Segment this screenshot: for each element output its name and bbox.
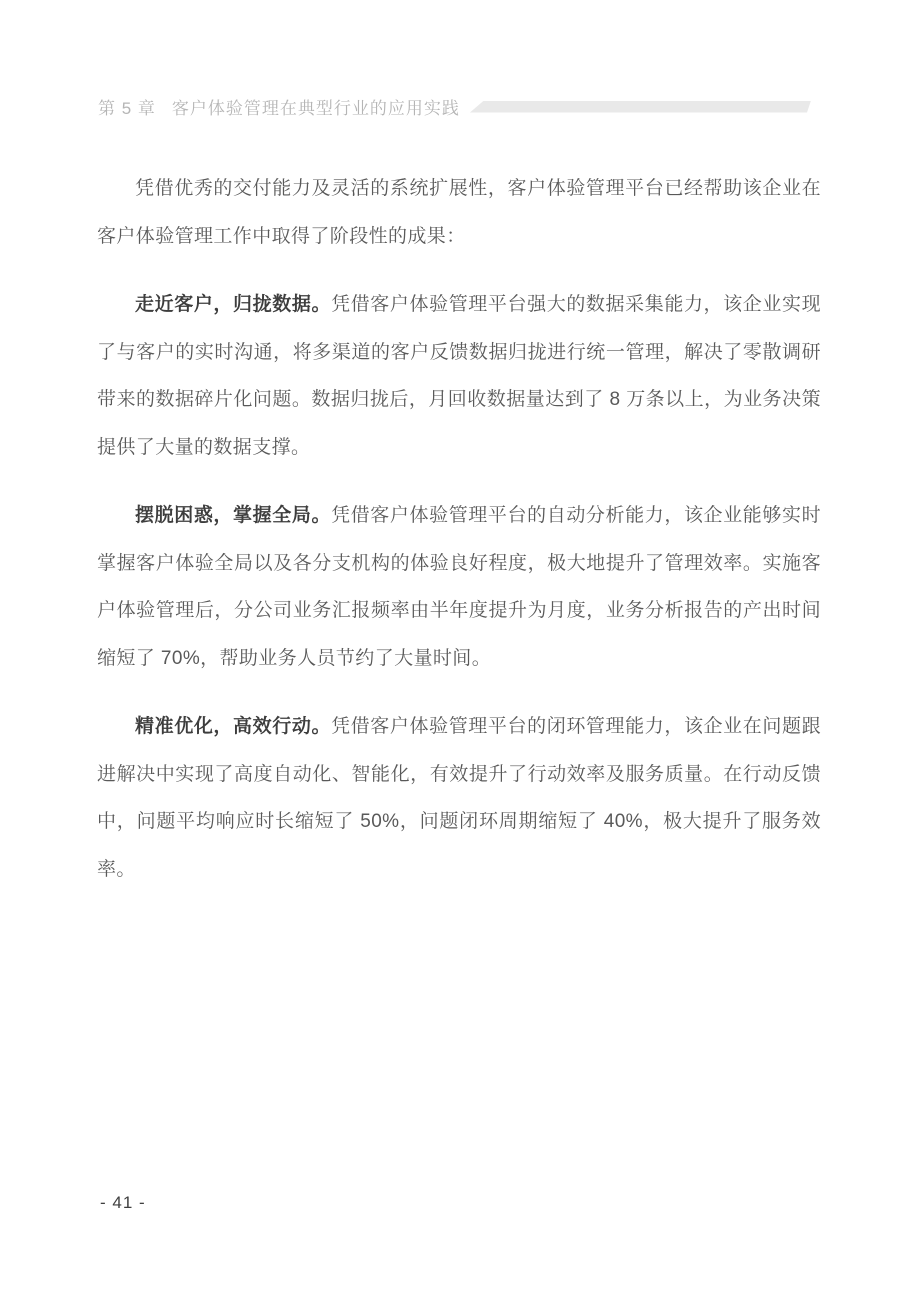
paragraph-text: 凭借客户体验管理平台的闭环管理能力，该企业在问题跟进解决中实现了高度自动化、智能… [97, 716, 821, 880]
paragraph-data-gathering: 走近客户，归拢数据。凭借客户体验管理平台强大的数据采集能力，该企业实现了与客户的… [97, 281, 821, 471]
paragraph-action: 精准优化，高效行动。凭借客户体验管理平台的闭环管理能力，该企业在问题跟进解决中实… [97, 703, 821, 893]
chapter-number: 第 5 章 [98, 94, 156, 119]
paragraph-overview: 摆脱困惑，掌握全局。凭借客户体验管理平台的自动分析能力，该企业能够实时掌握客户体… [97, 492, 821, 682]
paragraph-text: 凭借客户体验管理平台的自动分析能力，该企业能够实时掌握客户体验全局以及各分支机构… [97, 505, 821, 669]
paragraph-lead: 精准优化，高效行动。 [135, 716, 331, 737]
paragraph-intro: 凭借优秀的交付能力及灵活的系统扩展性，客户体验管理平台已经帮助该企业在客户体验管… [97, 165, 821, 260]
paragraph-lead: 走近客户，归拢数据。 [135, 294, 331, 315]
chapter-title: 客户体验管理在典型行业的应用实践 [172, 94, 460, 119]
paragraph-lead: 摆脱困惑，掌握全局。 [135, 505, 331, 526]
page-footer: - 41 - [100, 1193, 146, 1213]
paragraph-text: 凭借优秀的交付能力及灵活的系统扩展性，客户体验管理平台已经帮助该企业在客户体验管… [97, 178, 821, 247]
header-band-decoration [470, 101, 811, 113]
chapter-header: 第 5 章 客户体验管理在典型行业的应用实践 [98, 94, 811, 119]
page-number: - 41 - [100, 1193, 146, 1212]
page-content: 凭借优秀的交付能力及灵活的系统扩展性，客户体验管理平台已经帮助该企业在客户体验管… [97, 165, 821, 914]
paragraph-text: 凭借客户体验管理平台强大的数据采集能力，该企业实现了与客户的实时沟通，将多渠道的… [97, 294, 821, 458]
